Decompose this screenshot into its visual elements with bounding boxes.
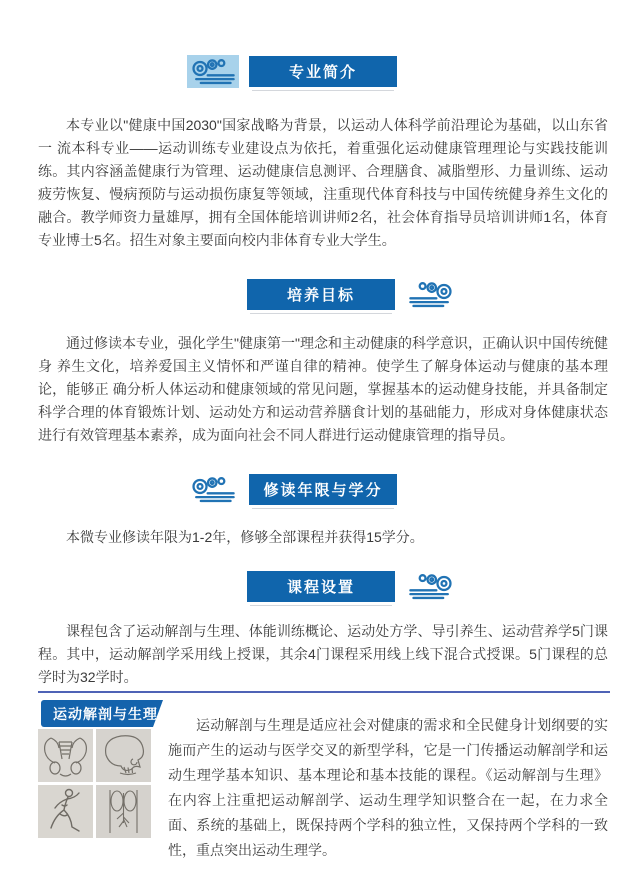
section-body-duration: 本微专业修读年限为1-2年，修够全部课程并获得15学分。 [38, 526, 608, 549]
section-title-banner: 培养目标 [247, 279, 395, 310]
section-header-duration: 修读年限与学分 [187, 473, 397, 506]
wave-icon [405, 570, 457, 603]
section-header-intro: 专业简介 [187, 55, 397, 88]
section-title-banner: 修读年限与学分 [249, 474, 397, 505]
anatomy-sketch-grid [38, 729, 152, 838]
document-page: 专业简介 本专业以"健康中国2030"国家战略为背景，以运动人体科学前沿理论为基… [0, 0, 640, 884]
section-body-goal: 通过修读本专业，强化学生"健康第一"理念和主动健康的科学意识，正确认识中国传统健… [38, 332, 608, 447]
course-description: 运动解剖与生理是适应社会对健康的需求和全民健身计划纲要的实施而产生的运动与医学交… [168, 713, 608, 863]
section-body-courses: 课程包含了运动解剖与生理、体能训练概论、运动处方学、导引养生、运动营养学5门课程… [38, 620, 608, 689]
torso-organs-sketch-image [96, 785, 151, 838]
running-figure-sketch-image [38, 785, 93, 838]
wave-icon [187, 55, 239, 88]
section-header-goal: 培养目标 [247, 278, 457, 311]
section-header-courses: 课程设置 [247, 570, 457, 603]
course-label: 运动解剖与生理 [41, 700, 163, 727]
wave-icon [187, 473, 239, 506]
section-title-banner: 课程设置 [247, 571, 395, 602]
skull-sketch-image [96, 729, 151, 782]
section-divider [38, 691, 610, 693]
section-body-intro: 本专业以"健康中国2030"国家战略为背景，以运动人体科学前沿理论为基础，以山东… [38, 114, 608, 252]
wave-icon [405, 278, 457, 311]
section-title-banner: 专业简介 [249, 56, 397, 87]
pelvis-sketch-image [38, 729, 93, 782]
